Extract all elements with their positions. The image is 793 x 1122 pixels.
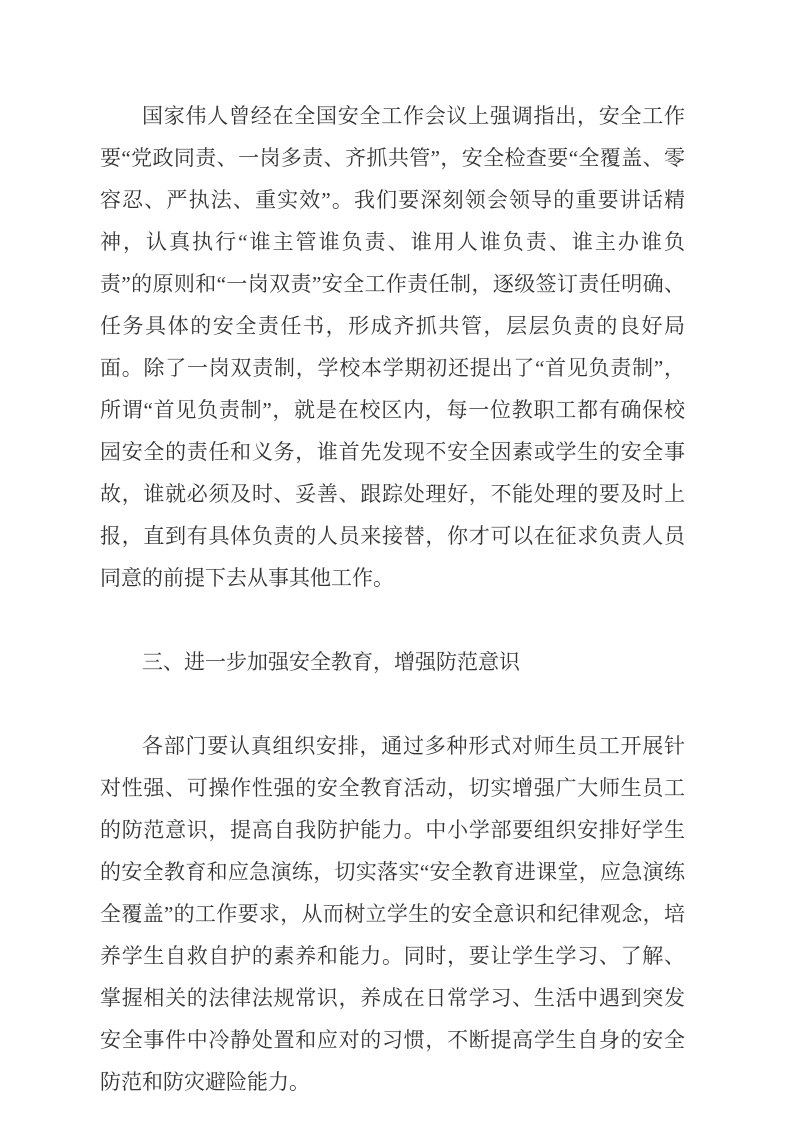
paragraph-safety-education-measures: 各部门要认真组织安排，通过多种形式对师生员工开展针对性强、可操作性强的安全教育活… bbox=[100, 725, 685, 1103]
paragraph-responsibility-system: 国家伟人曾经在全国安全工作会议上强调指出，安全工作要“党政同责、一岗多责、齐抓共… bbox=[100, 95, 685, 599]
document-page: 国家伟人曾经在全国安全工作会议上强调指出，安全工作要“党政同责、一岗多责、齐抓共… bbox=[0, 0, 793, 1122]
section-heading-safety-education: 三、进一步加强安全教育，增强防范意识 bbox=[100, 641, 685, 683]
